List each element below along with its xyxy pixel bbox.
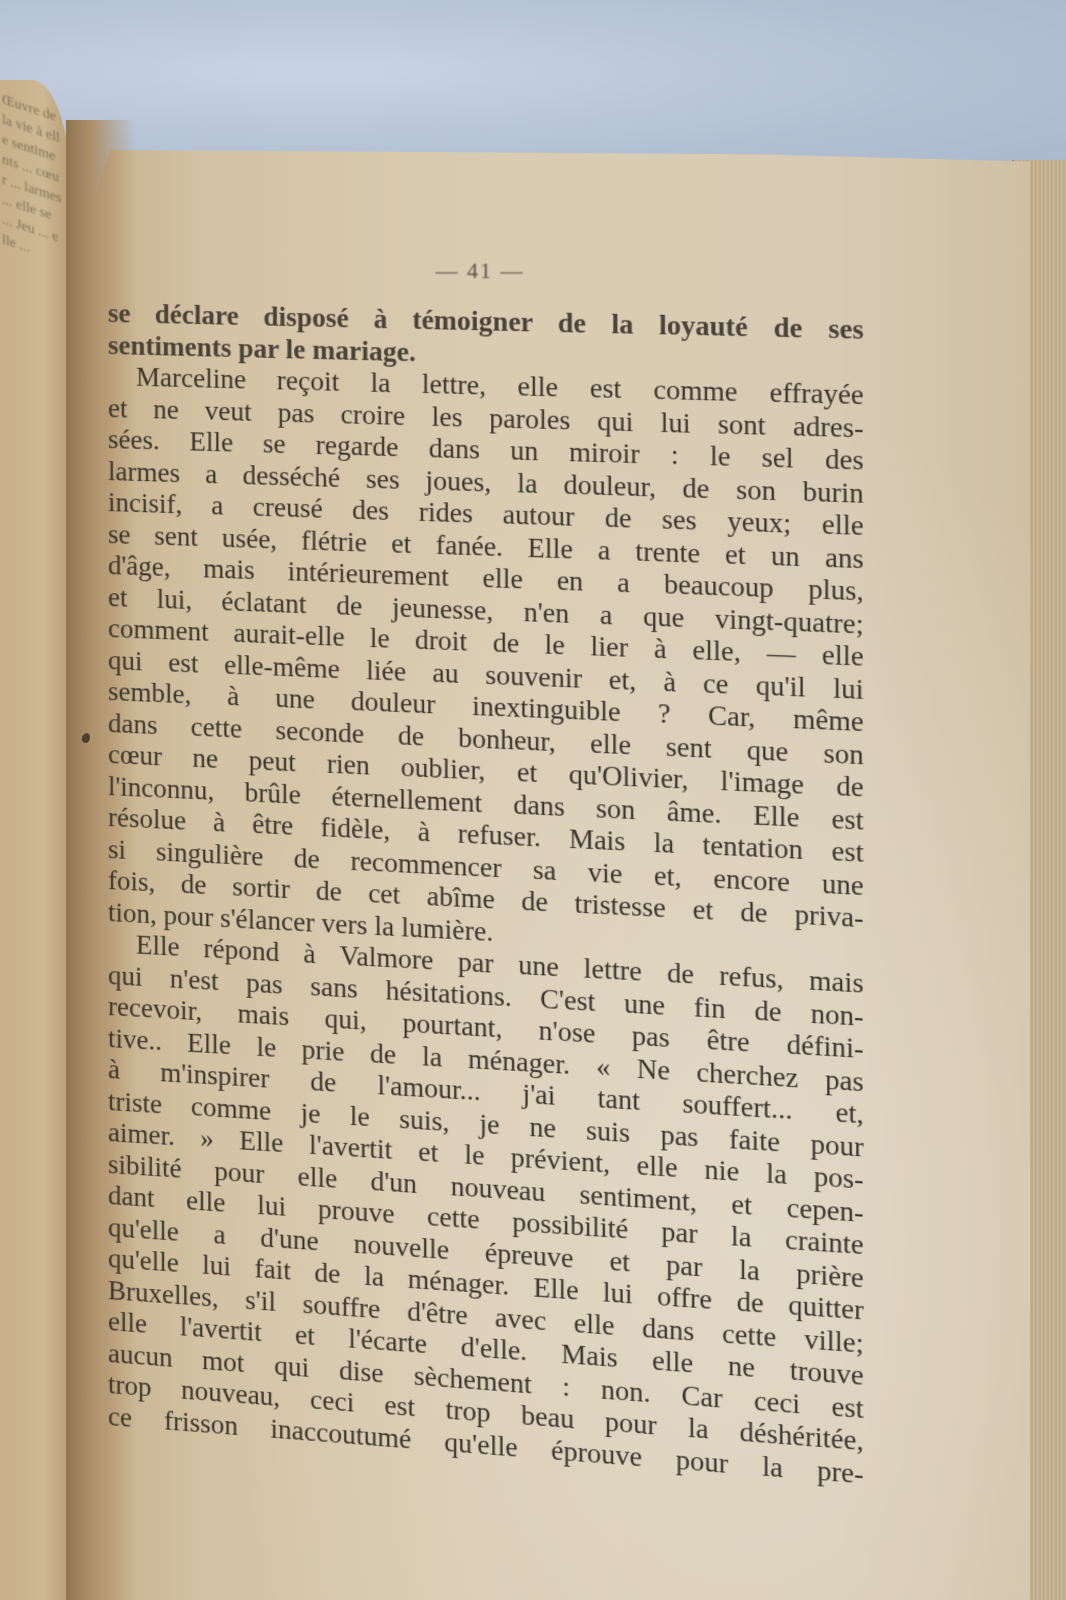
page-body-text: se déclare disposé à témoigner de la loy… [108, 298, 864, 1491]
page-number: — 41 — [420, 258, 540, 284]
facing-page-edge: Œuvre de la vie à elle sentiments ... cœ… [0, 80, 72, 1600]
facing-page-text: Œuvre de la vie à elle sentiments ... cœ… [2, 90, 62, 269]
